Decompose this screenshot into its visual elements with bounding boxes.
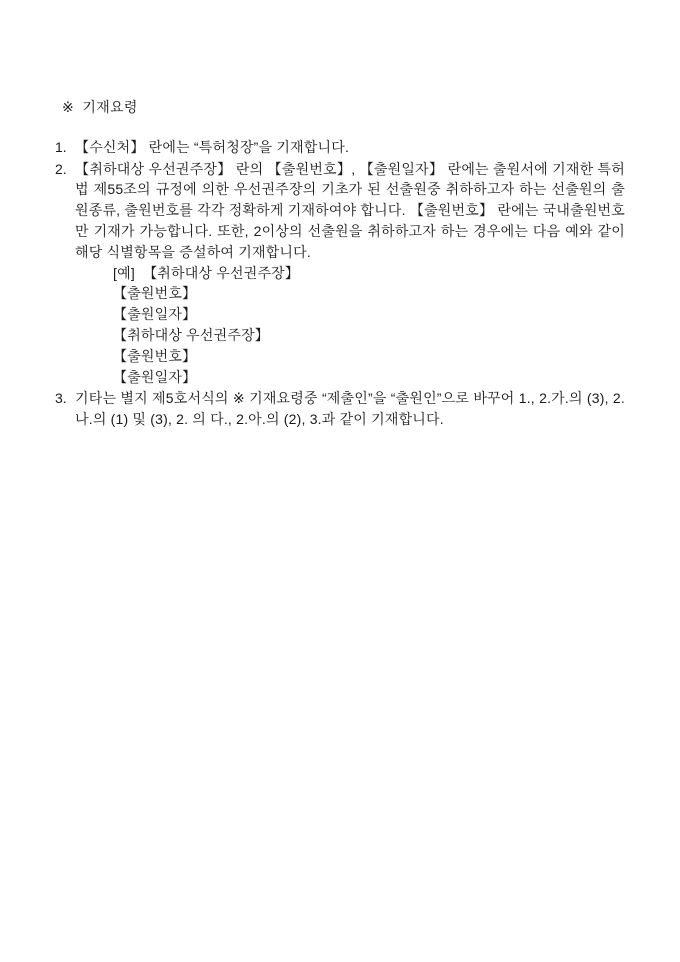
item-body: 기타는 별지 제5호서식의 ※ 기재요령중 “제출인”을 “출원인”으로 바꾸어… (75, 388, 625, 430)
item-text: 【수신처】 란에는 “특허청장”을 기재합니다. (75, 137, 625, 158)
item-text: 【취하대상 우선권주장】 란의 【출원번호】, 【출원일자】 란에는 출원서에 … (75, 159, 625, 263)
item-number: 1. (55, 137, 75, 158)
instruction-list: 1. 【수신처】 란에는 “특허청장”을 기재합니다. 2. 【취하대상 우선권… (55, 137, 625, 430)
item-number: 2. (55, 159, 75, 180)
example-line: 【출원번호】 (113, 283, 625, 304)
item-text: 기타는 별지 제5호서식의 ※ 기재요령중 “제출인”을 “출원인”으로 바꾸어… (75, 388, 625, 430)
instruction-item-1: 1. 【수신처】 란에는 “특허청장”을 기재합니다. (55, 137, 625, 158)
item-number: 3. (55, 388, 75, 409)
instruction-item-2: 2. 【취하대상 우선권주장】 란의 【출원번호】, 【출원일자】 란에는 출원… (55, 159, 625, 388)
document-page: ※ 기재요령 1. 【수신처】 란에는 “특허청장”을 기재합니다. 2. 【취… (0, 0, 680, 962)
example-line: 【출원일자】 (113, 367, 625, 388)
example-line: 【출원일자】 (113, 304, 625, 325)
item-body: 【취하대상 우선권주장】 란의 【출원번호】, 【출원일자】 란에는 출원서에 … (75, 159, 625, 388)
item-body: 【수신처】 란에는 “특허청장”을 기재합니다. (75, 137, 625, 158)
example-line: 【취하대상 우선권주장】 (113, 325, 625, 346)
example-line: 【출원번호】 (113, 346, 625, 367)
section-title: ※ 기재요령 (62, 97, 625, 118)
example-block: [예] 【취하대상 우선권주장】 【출원번호】 【출원일자】 【취하대상 우선권… (113, 263, 625, 388)
example-line: [예] 【취하대상 우선권주장】 (113, 263, 625, 284)
instruction-item-3: 3. 기타는 별지 제5호서식의 ※ 기재요령중 “제출인”을 “출원인”으로 … (55, 388, 625, 430)
